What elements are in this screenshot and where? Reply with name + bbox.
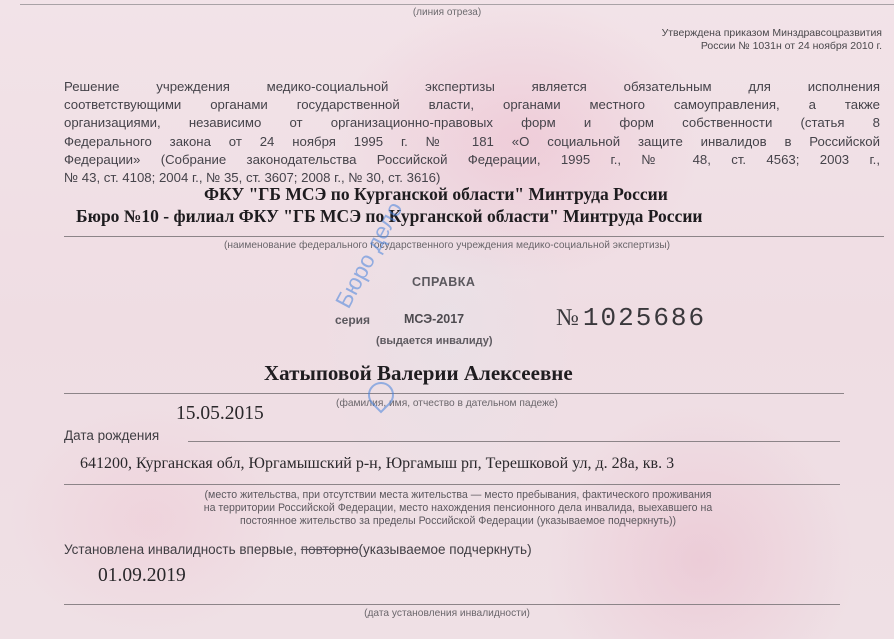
legal-line: Федерации» (Собрание законодательства Ро… xyxy=(64,151,880,169)
address-underline xyxy=(64,484,840,485)
disability-date-caption: (дата установления инвалидности) xyxy=(0,608,894,619)
organization-line-1: ФКУ "ГБ МСЭ по Курганской области" Минтр… xyxy=(204,184,668,205)
issued-to-note: (выдается инвалиду) xyxy=(376,335,493,347)
series-value: МСЭ-2017 xyxy=(404,312,464,326)
legal-line: Решение учреждения медико-социальной экс… xyxy=(64,78,880,96)
residence-caption: (место жительства, при отсутствии места … xyxy=(90,489,826,527)
document-title: СПРАВКА xyxy=(412,275,475,289)
disability-date-value: 01.09.2019 xyxy=(98,565,186,587)
established-suffix: (указываемое подчеркнуть) xyxy=(359,542,532,557)
number-value: 1025686 xyxy=(583,303,706,333)
disability-established: Установлена инвалидность впервые, повтор… xyxy=(64,542,532,557)
birth-date-underline xyxy=(188,441,840,442)
approval-line-1: Утверждена приказом Минздравсоцразвития xyxy=(662,27,882,40)
organization-underline xyxy=(64,236,884,237)
residence-caption-line: (место жительства, при отсутствии места … xyxy=(90,489,826,502)
cut-line xyxy=(20,4,894,5)
series-label: серия xyxy=(335,313,370,327)
approval-note: Утверждена приказом Минздравсоцразвития … xyxy=(662,27,882,53)
approval-line-2: России № 1031н от 24 ноября 2010 г. xyxy=(662,40,882,53)
number-sign: № xyxy=(556,305,579,331)
birth-date-label: Дата рождения xyxy=(64,428,159,443)
disability-date-underline xyxy=(64,604,840,605)
legal-line: Федерального закона от 24 ноября 1995 г.… xyxy=(64,133,880,151)
birth-date-value: 15.05.2015 xyxy=(176,403,264,425)
established-struck-option: повторно xyxy=(301,542,359,557)
established-prefix: Установлена инвалидность впервые, xyxy=(64,542,297,557)
residence-caption-line: на территории Российской Федерации, мест… xyxy=(90,502,826,515)
cut-line-label: (линия отреза) xyxy=(0,7,894,18)
legal-line: организациями, независимо от организацио… xyxy=(64,114,880,132)
certificate-number: №1025686 xyxy=(556,303,706,333)
residence-caption-line: постоянное жительство за пределы Российс… xyxy=(90,515,826,528)
organization-caption: (наименование федерального государственн… xyxy=(0,240,894,251)
legal-notice: Решение учреждения медико-социальной экс… xyxy=(64,78,880,187)
name-underline xyxy=(64,393,844,394)
name-caption: (фамилия, имя, отчество в дательном паде… xyxy=(0,398,894,409)
address-value: 641200, Курганская обл, Юргамышский р-н,… xyxy=(80,455,674,473)
recipient-name: Хатыповой Валерии Алексеевне xyxy=(264,361,573,386)
legal-line: соответствующими органами государственно… xyxy=(64,96,880,114)
